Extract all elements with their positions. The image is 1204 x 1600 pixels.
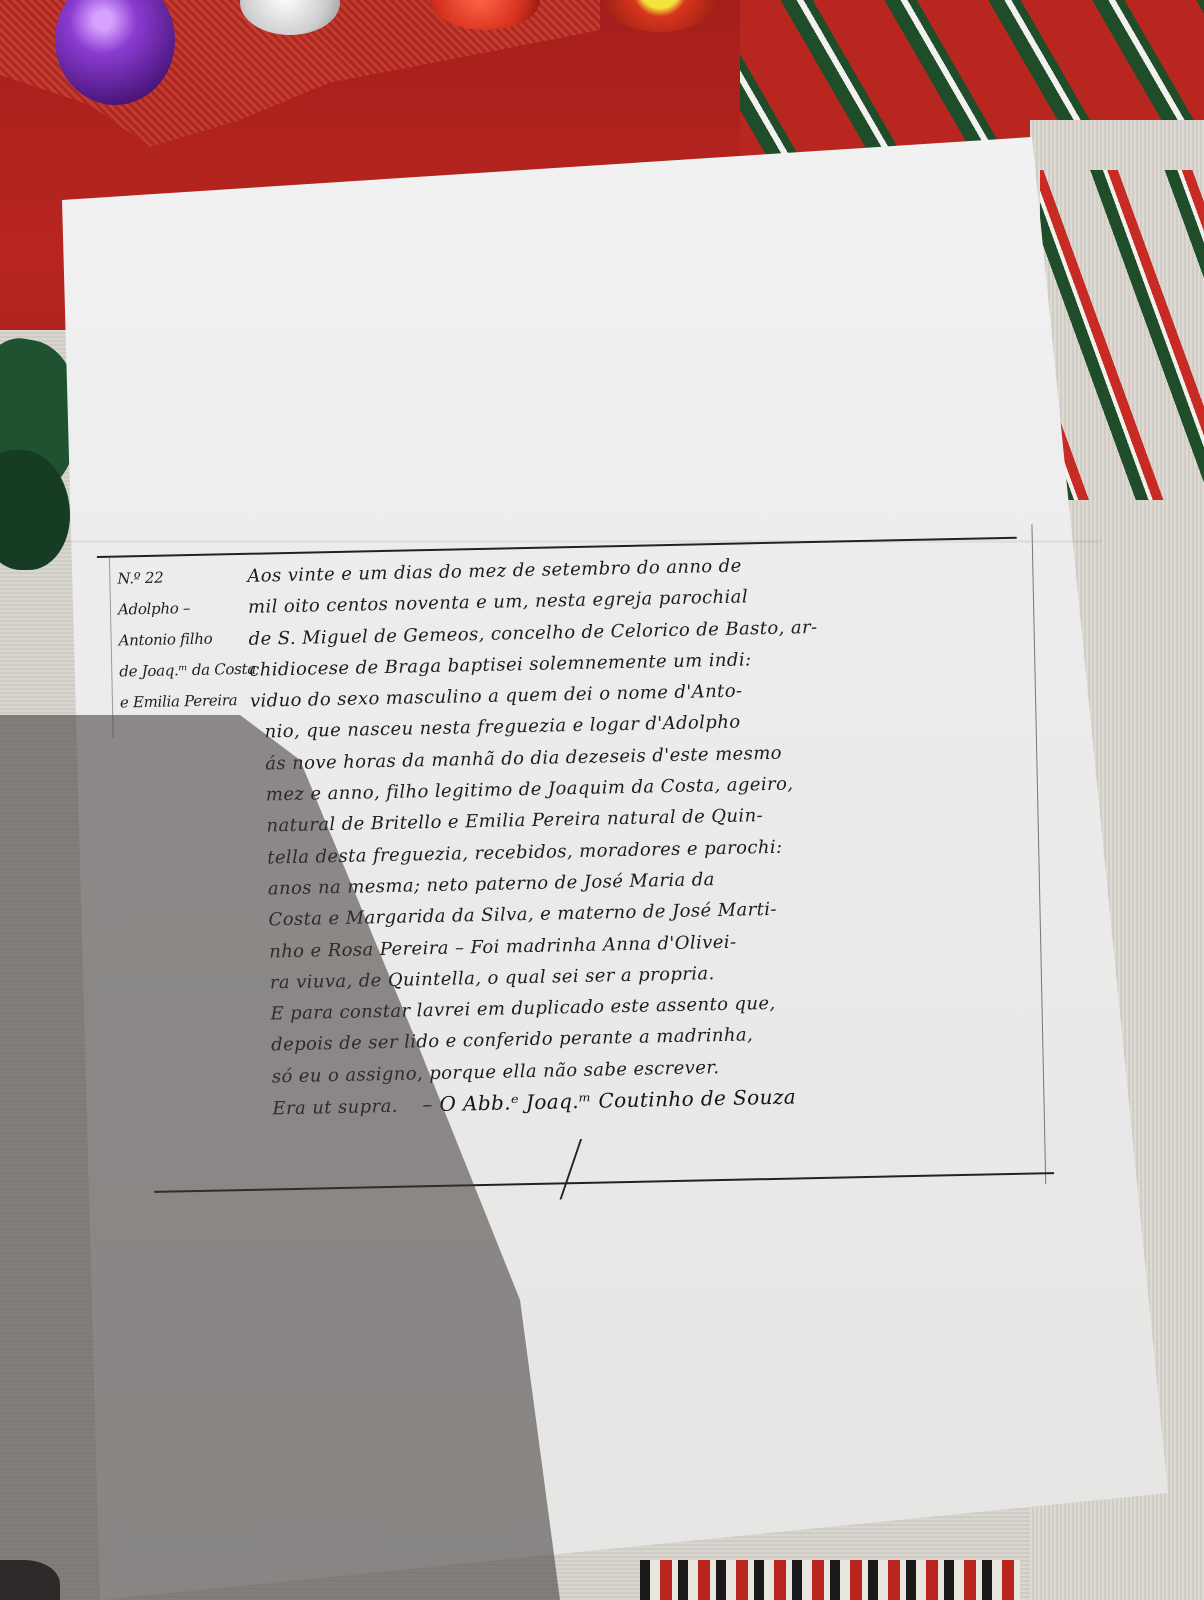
priest-signature: – O Abb.ᵉ Joaq.ᵐ Coutinho de Souza: [422, 1085, 796, 1117]
margin-note: Adolpho –: [118, 592, 249, 626]
margin-note: de Joaq.ᵐ da Costa: [119, 654, 250, 688]
plaid-ribbon-bottom: [640, 1560, 1020, 1600]
signature-flourish: [560, 1138, 613, 1199]
margin-rule: [109, 558, 114, 738]
photo-scene: N.º 22 Adolpho – Antonio filho de Joaq.ᵐ…: [0, 0, 1204, 1600]
record-margin-notes: N.º 22 Adolpho – Antonio filho de Joaq.ᵐ…: [117, 561, 250, 719]
plaid-ribbon-right: [1040, 170, 1204, 500]
margin-note: Antonio filho: [118, 623, 249, 657]
margin-note: e Emilia Pereira: [120, 685, 251, 719]
record-number: N.º 22: [117, 561, 248, 595]
